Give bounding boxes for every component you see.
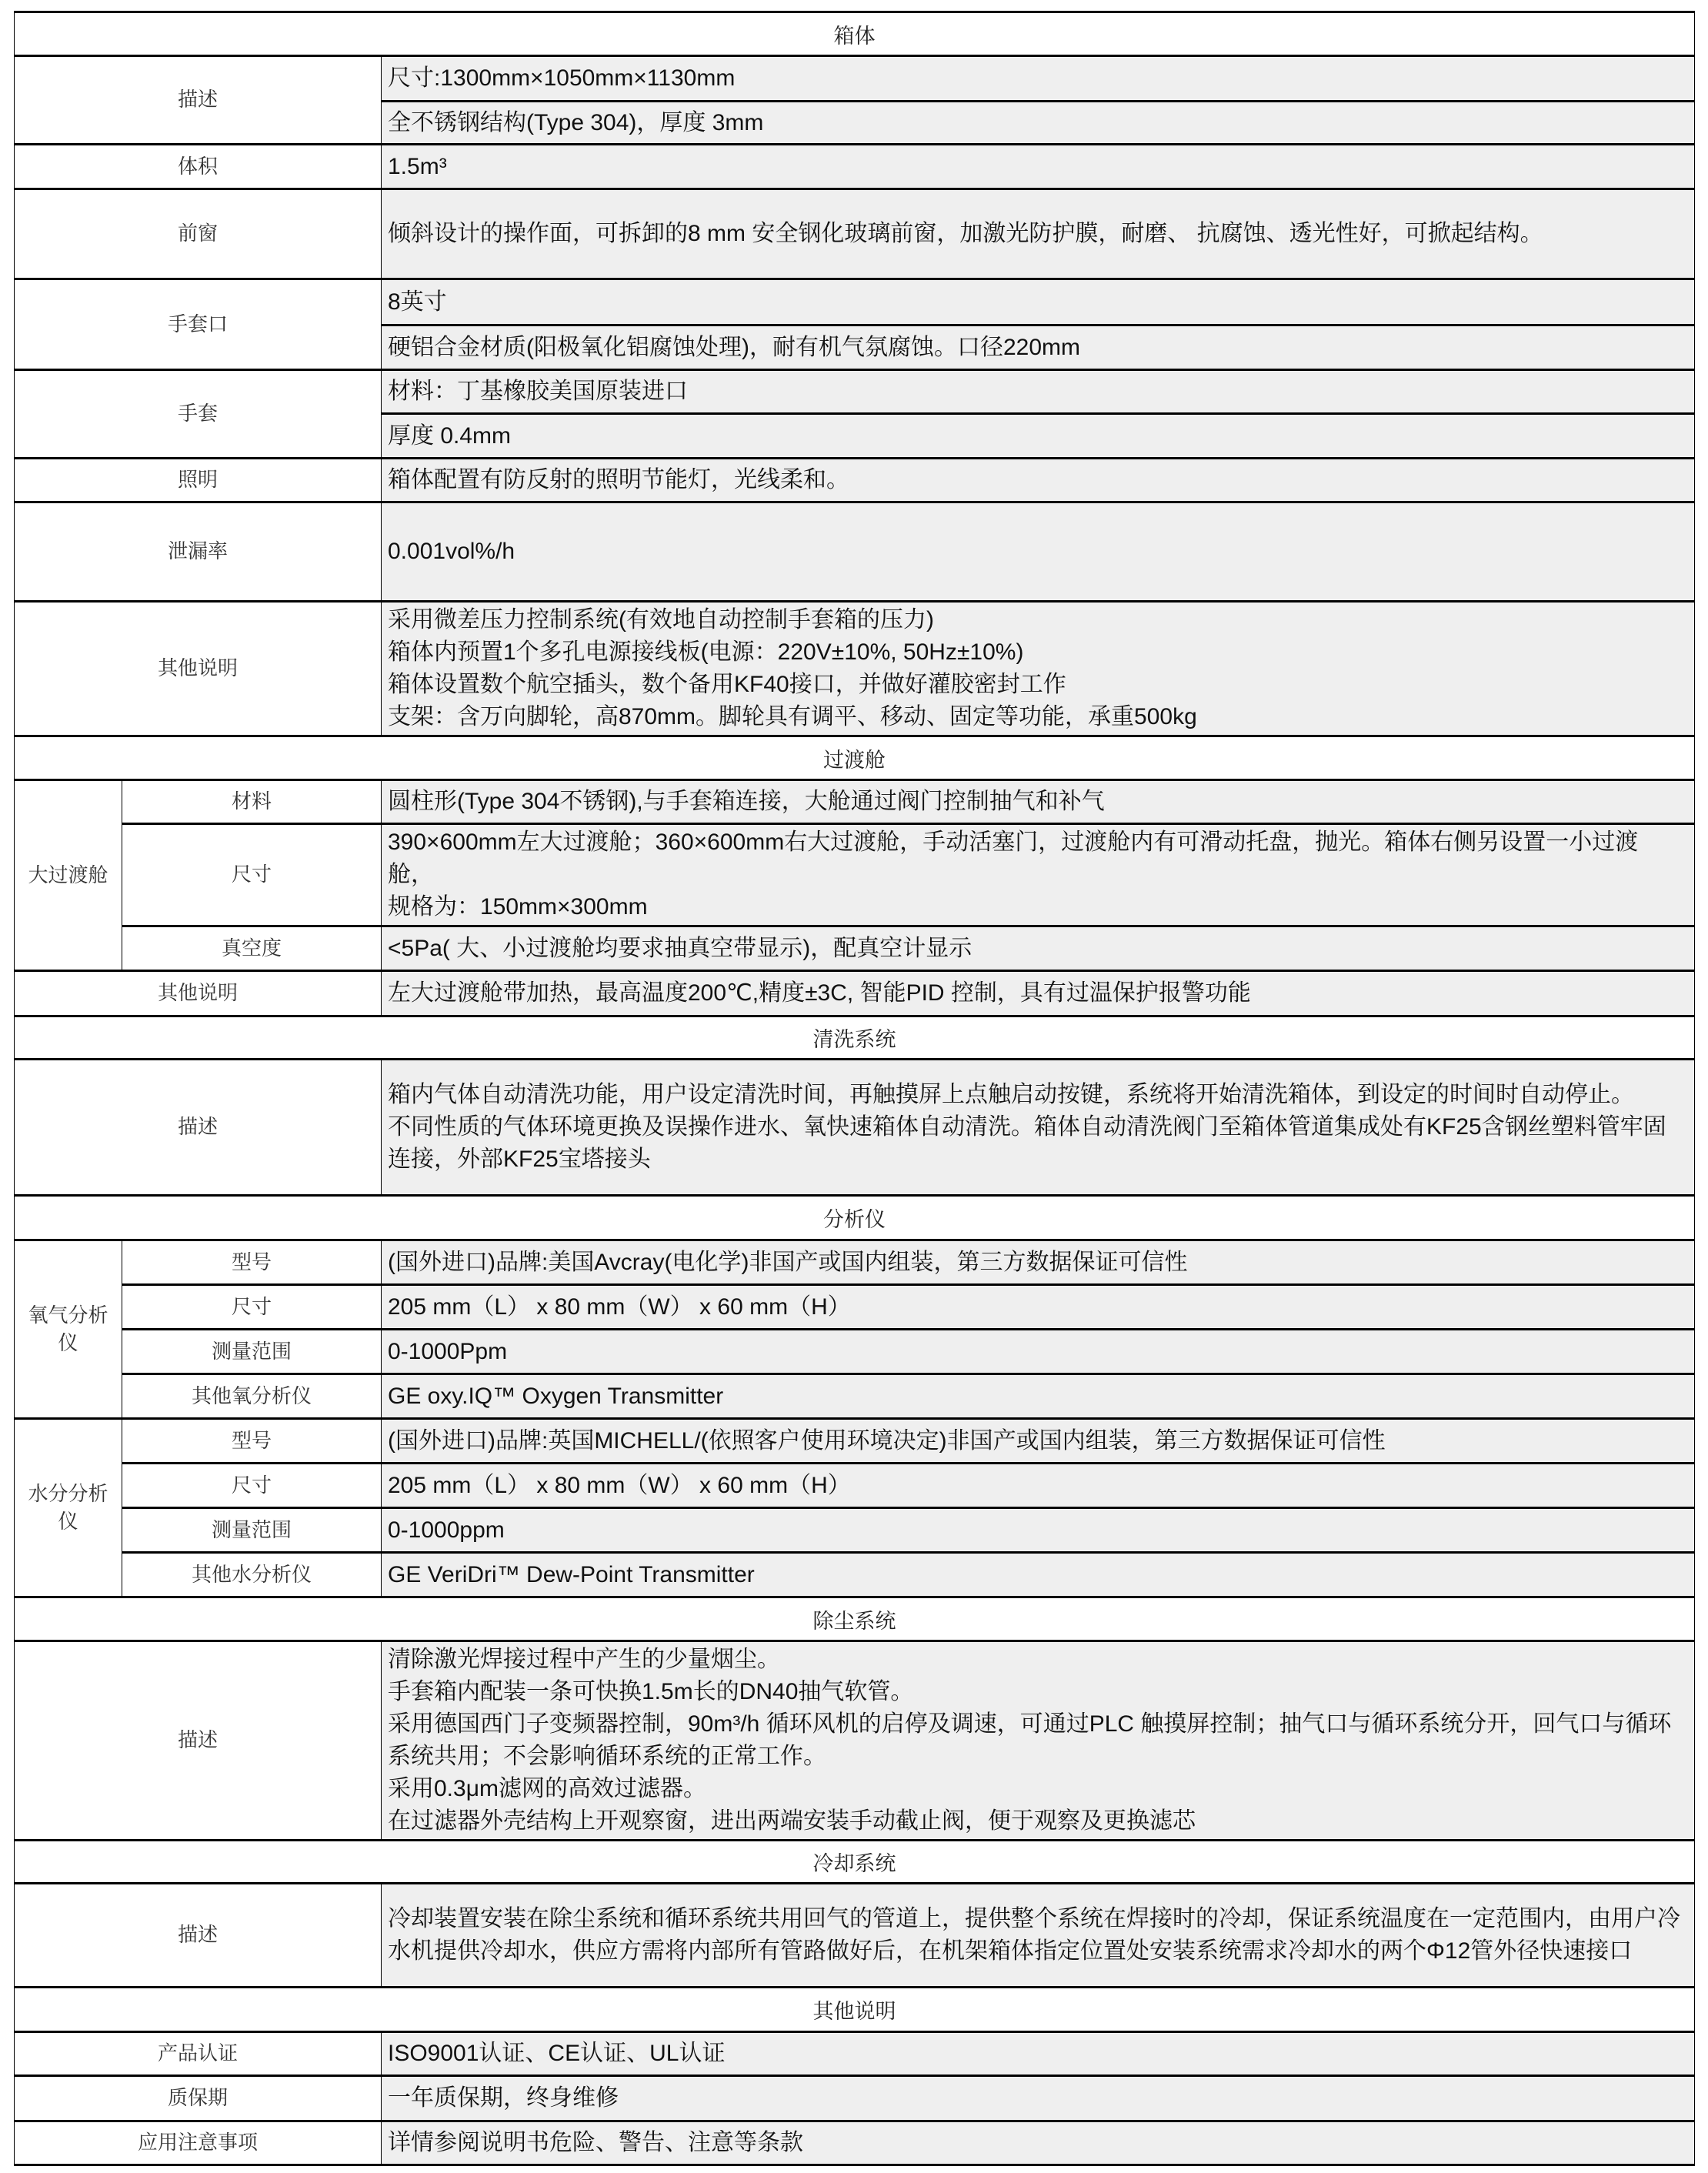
row-value: ISO9001认证、CE认证、UL认证 bbox=[382, 2032, 1695, 2076]
table-row: 质保期 一年质保期，终身维修 bbox=[15, 2076, 1695, 2121]
row-label: 测量范围 bbox=[122, 1508, 382, 1553]
table-row: 氧气分析 仪 型号 (国外进口)品牌:美国Avcray(电化学)非国产或国内组装… bbox=[15, 1240, 1695, 1285]
row-value: 390×600mm左大过渡舱；360×600mm右大过渡舱，手动活塞门，过渡舱内… bbox=[382, 824, 1695, 926]
table-row: 描述 尺寸:1300mm×1050mm×1130mm bbox=[15, 56, 1695, 102]
table-row: 其他说明 左大过渡舱带加热，最高温度200℃,精度±3C, 智能PID 控制，具… bbox=[15, 971, 1695, 1016]
row-value: 全不锈钢结构(Type 304)，厚度 3mm bbox=[382, 102, 1695, 145]
row-value: 0.001vol%/h bbox=[382, 502, 1695, 602]
table-row: 测量范围 0-1000Ppm bbox=[15, 1330, 1695, 1374]
row-label: 描述 bbox=[15, 1060, 382, 1196]
section-header-row: 除尘系统 bbox=[15, 1597, 1695, 1641]
row-label: 其他氧分析仪 bbox=[122, 1374, 382, 1419]
row-label: 描述 bbox=[15, 1884, 382, 1988]
row-label: 手套 bbox=[15, 370, 382, 459]
section-header-dust-removal: 除尘系统 bbox=[15, 1597, 1695, 1641]
section-header-row: 其他说明 bbox=[15, 1988, 1695, 2032]
table-row: 产品认证 ISO9001认证、CE认证、UL认证 bbox=[15, 2032, 1695, 2076]
row-value: 箱体配置有防反射的照明节能灯，光线柔和。 bbox=[382, 459, 1695, 502]
row-label: 体积 bbox=[15, 145, 382, 189]
table-row: 大过渡舱 材料 圆柱形(Type 304不锈钢),与手套箱连接，大舱通过阀门控制… bbox=[15, 780, 1695, 824]
table-row: 体积 1.5m³ bbox=[15, 145, 1695, 189]
row-value: GE VeriDri™ Dew-Point Transmitter bbox=[382, 1553, 1695, 1597]
table-row: 测量范围 0-1000ppm bbox=[15, 1508, 1695, 1553]
row-value: 0-1000Ppm bbox=[382, 1330, 1695, 1374]
row-label: 应用注意事项 bbox=[15, 2121, 382, 2165]
row-value: (国外进口)品牌:美国Avcray(电化学)非国产或国内组装，第三方数据保证可信… bbox=[382, 1240, 1695, 1285]
row-value: 采用微差压力控制系统(有效地自动控制手套箱的压力) 箱体内预置1个多孔电源接线板… bbox=[382, 602, 1695, 736]
row-value: 材料：丁基橡胶美国原装进口 bbox=[382, 370, 1695, 414]
table-row: 尺寸 390×600mm左大过渡舱；360×600mm右大过渡舱，手动活塞门，过… bbox=[15, 824, 1695, 926]
row-label: 泄漏率 bbox=[15, 502, 382, 602]
row-label: 测量范围 bbox=[122, 1330, 382, 1374]
row-label: 描述 bbox=[15, 56, 382, 145]
table-row: 尺寸 205 mm（L） x 80 mm（W） x 60 mm（H） bbox=[15, 1464, 1695, 1508]
row-value: <5Pa( 大、小过渡舱均要求抽真空带显示)，配真空计显示 bbox=[382, 926, 1695, 971]
section-header-cleaning-system: 清洗系统 bbox=[15, 1016, 1695, 1060]
section-header-row: 冷却系统 bbox=[15, 1841, 1695, 1884]
row-label: 型号 bbox=[122, 1419, 382, 1464]
section-header-analyzer: 分析仪 bbox=[15, 1196, 1695, 1240]
row-value: 205 mm（L） x 80 mm（W） x 60 mm（H） bbox=[382, 1464, 1695, 1508]
table-row: 手套口 8英寸 bbox=[15, 279, 1695, 325]
table-row: 其他氧分析仪 GE oxy.IQ™ Oxygen Transmitter bbox=[15, 1374, 1695, 1419]
table-row: 泄漏率 0.001vol%/h bbox=[15, 502, 1695, 602]
section-header-transition-chamber: 过渡舱 bbox=[15, 736, 1695, 780]
row-value: 清除激光焊接过程中产生的少量烟尘。 手套箱内配装一条可快换1.5m长的DN40抽… bbox=[382, 1641, 1695, 1841]
row-label: 型号 bbox=[122, 1240, 382, 1285]
row-value: 硬铝合金材质(阳极氧化铝腐蚀处理)，耐有机气氛腐蚀。口径220mm bbox=[382, 325, 1695, 370]
row-value: 205 mm（L） x 80 mm（W） x 60 mm（H） bbox=[382, 1285, 1695, 1330]
row-label: 描述 bbox=[15, 1641, 382, 1841]
row-label: 质保期 bbox=[15, 2076, 382, 2121]
row-label: 照明 bbox=[15, 459, 382, 502]
row-label: 真空度 bbox=[122, 926, 382, 971]
row-label: 前窗 bbox=[15, 189, 382, 279]
row-value: 0-1000ppm bbox=[382, 1508, 1695, 1553]
row-value: 箱内气体自动清洗功能，用户设定清洗时间，再触摸屏上点触启动按键，系统将开始清洗箱… bbox=[382, 1060, 1695, 1196]
table-row: 前窗 倾斜设计的操作面，可拆卸的8 mm 安全钢化玻璃前窗，加激光防护膜，耐磨、… bbox=[15, 189, 1695, 279]
table-row: 其他水分析仪 GE VeriDri™ Dew-Point Transmitter bbox=[15, 1553, 1695, 1597]
row-label: 尺寸 bbox=[122, 1464, 382, 1508]
table-row: 水分分析 仪 型号 (国外进口)品牌:英国MICHELL/(依照客户使用环境决定… bbox=[15, 1419, 1695, 1464]
row-label: 其他说明 bbox=[15, 602, 382, 736]
section-header-row: 箱体 bbox=[15, 12, 1695, 56]
row-value: (国外进口)品牌:英国MICHELL/(依照客户使用环境决定)非国产或国内组装，… bbox=[382, 1419, 1695, 1464]
section-header-cooling-system: 冷却系统 bbox=[15, 1841, 1695, 1884]
row-value: 1.5m³ bbox=[382, 145, 1695, 189]
spec-table: 箱体 描述 尺寸:1300mm×1050mm×1130mm 全不锈钢结构(Typ… bbox=[14, 11, 1695, 2166]
row-label: 其他水分析仪 bbox=[122, 1553, 382, 1597]
row-label: 材料 bbox=[122, 780, 382, 824]
group-label: 大过渡舱 bbox=[15, 780, 122, 971]
row-value: 左大过渡舱带加热，最高温度200℃,精度±3C, 智能PID 控制，具有过温保护… bbox=[382, 971, 1695, 1016]
row-label: 尺寸 bbox=[122, 824, 382, 926]
table-row: 其他说明 采用微差压力控制系统(有效地自动控制手套箱的压力) 箱体内预置1个多孔… bbox=[15, 602, 1695, 736]
row-value: GE oxy.IQ™ Oxygen Transmitter bbox=[382, 1374, 1695, 1419]
row-value: 详情参阅说明书危险、警告、注意等条款 bbox=[382, 2121, 1695, 2165]
row-value: 8英寸 bbox=[382, 279, 1695, 325]
table-row: 应用注意事项 详情参阅说明书危险、警告、注意等条款 bbox=[15, 2121, 1695, 2165]
table-row: 描述 冷却装置安装在除尘系统和循环系统共用回气的管道上，提供整个系统在焊接时的冷… bbox=[15, 1884, 1695, 1988]
table-row: 描述 清除激光焊接过程中产生的少量烟尘。 手套箱内配装一条可快换1.5m长的DN… bbox=[15, 1641, 1695, 1841]
row-value: 尺寸:1300mm×1050mm×1130mm bbox=[382, 56, 1695, 102]
row-label: 尺寸 bbox=[122, 1285, 382, 1330]
table-row: 照明 箱体配置有防反射的照明节能灯，光线柔和。 bbox=[15, 459, 1695, 502]
row-label: 产品认证 bbox=[15, 2032, 382, 2076]
group-label: 氧气分析 仪 bbox=[15, 1240, 122, 1419]
row-value: 圆柱形(Type 304不锈钢),与手套箱连接，大舱通过阀门控制抽气和补气 bbox=[382, 780, 1695, 824]
table-row: 真空度 <5Pa( 大、小过渡舱均要求抽真空带显示)，配真空计显示 bbox=[15, 926, 1695, 971]
table-row: 尺寸 205 mm（L） x 80 mm（W） x 60 mm（H） bbox=[15, 1285, 1695, 1330]
row-value: 倾斜设计的操作面，可拆卸的8 mm 安全钢化玻璃前窗，加激光防护膜，耐磨、 抗腐… bbox=[382, 189, 1695, 279]
section-header-box-body: 箱体 bbox=[15, 12, 1695, 56]
row-label: 手套口 bbox=[15, 279, 382, 370]
row-value: 厚度 0.4mm bbox=[382, 414, 1695, 459]
section-header-other-notes: 其他说明 bbox=[15, 1988, 1695, 2032]
table-row: 描述 箱内气体自动清洗功能，用户设定清洗时间，再触摸屏上点触启动按键，系统将开始… bbox=[15, 1060, 1695, 1196]
section-header-row: 清洗系统 bbox=[15, 1016, 1695, 1060]
section-header-row: 过渡舱 bbox=[15, 736, 1695, 780]
group-label: 水分分析 仪 bbox=[15, 1419, 122, 1597]
row-value: 冷却装置安装在除尘系统和循环系统共用回气的管道上，提供整个系统在焊接时的冷却，保… bbox=[382, 1884, 1695, 1988]
row-value: 一年质保期，终身维修 bbox=[382, 2076, 1695, 2121]
table-row: 手套 材料：丁基橡胶美国原装进口 bbox=[15, 370, 1695, 414]
row-label: 其他说明 bbox=[15, 971, 382, 1016]
section-header-row: 分析仪 bbox=[15, 1196, 1695, 1240]
